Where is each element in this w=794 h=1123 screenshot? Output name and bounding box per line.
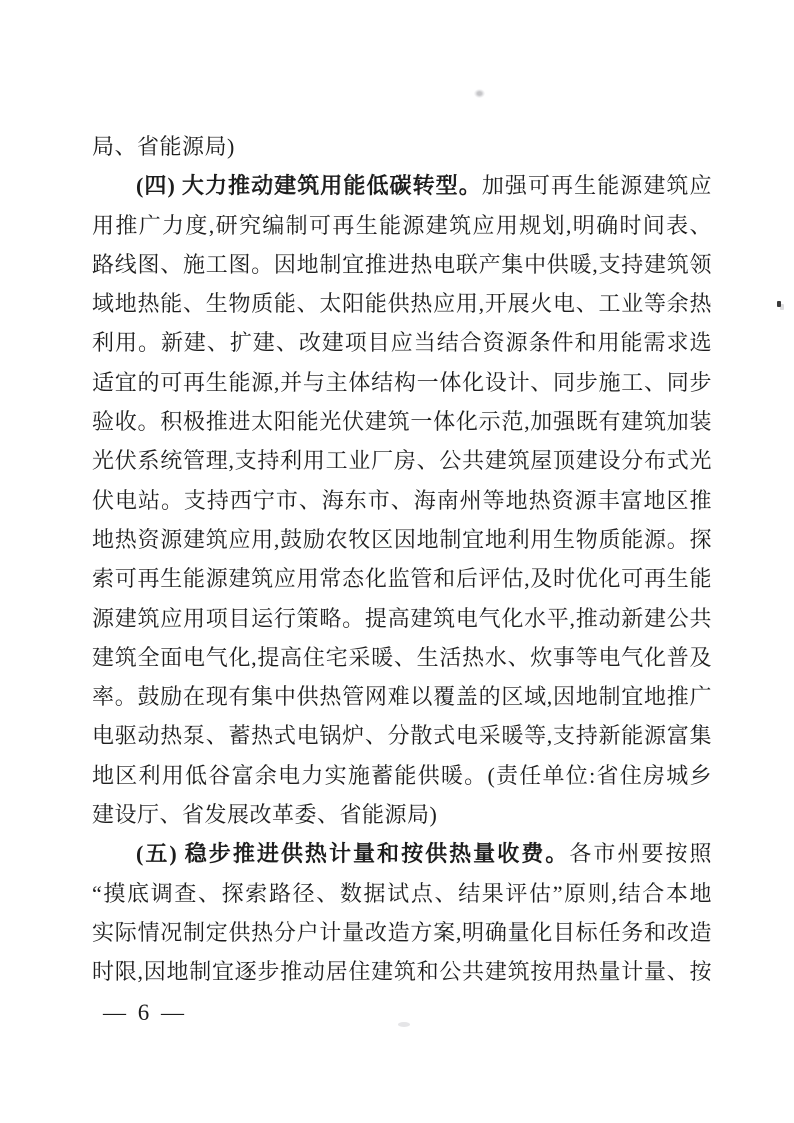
- text-run: 建设厅、省发展改革委、省能源局): [92, 802, 437, 827]
- text-run: 索可再生能源建筑应用常态化监管和后评估,及时优化可再生能: [92, 566, 712, 591]
- text-line: “摸底调查、探索路径、数据试点、结果评估”原则,结合本地: [92, 874, 712, 913]
- text-line: 源建筑应用项目运行策略。提高建筑电气化水平,推动新建公共: [92, 599, 712, 638]
- text-line: 光伏系统管理,支持利用工业厂房、公共建筑屋顶建设分布式光: [92, 441, 712, 480]
- text-run: 局、省能源局): [92, 134, 235, 159]
- text-line: 地热资源建筑应用,鼓励农牧区因地制宜地利用生物质能源。探: [92, 520, 712, 559]
- text-run: 建筑全面电气化,提高住宅采暖、生活热水、炊事等电气化普及: [92, 645, 712, 670]
- heading-run: (五) 稳步推进供热计量和按供热量收费。: [136, 841, 569, 866]
- text-line: 局、省能源局): [92, 127, 712, 166]
- text-run: “摸底调查、探索路径、数据试点、结果评估”原则,结合本地: [92, 881, 712, 906]
- text-line: 伏电站。支持西宁市、海东市、海南州等地热资源丰富地区推进: [92, 481, 712, 520]
- page-number: — 6 —: [103, 1000, 187, 1026]
- text-run: 实际情况制定供热分户计量改造方案,明确量化目标任务和改造: [92, 920, 712, 945]
- document-page: 局、省能源局)(四) 大力推动建筑用能低碳转型。加强可再生能源建筑应用推广力度,…: [0, 0, 794, 1123]
- text-line: 利用。新建、扩建、改建项目应当结合资源条件和用能需求选用: [92, 323, 712, 362]
- scan-artifact: [777, 301, 781, 307]
- text-line: 实际情况制定供热分户计量改造方案,明确量化目标任务和改造: [92, 913, 712, 952]
- document-body: 局、省能源局)(四) 大力推动建筑用能低碳转型。加强可再生能源建筑应用推广力度,…: [92, 127, 712, 992]
- text-line: 验收。积极推进太阳能光伏建筑一体化示范,加强既有建筑加装: [92, 402, 712, 441]
- text-line: (四) 大力推动建筑用能低碳转型。加强可再生能源建筑应: [92, 166, 712, 205]
- text-line: 时限,因地制宜逐步推动居住建筑和公共建筑按用热量计量、按: [92, 952, 712, 991]
- text-line: 域地热能、生物质能、太阳能供热应用,开展火电、工业等余热: [92, 284, 712, 323]
- text-line: 建设厅、省发展改革委、省能源局): [92, 795, 712, 834]
- text-run: 加强可再生能源建筑应: [482, 173, 712, 198]
- text-run: 时限,因地制宜逐步推动居住建筑和公共建筑按用热量计量、按: [92, 959, 712, 984]
- text-run: 用推广力度,研究编制可再生能源建筑应用规划,明确时间表、: [92, 213, 712, 238]
- text-run: 适宜的可再生能源,并与主体结构一体化设计、同步施工、同步: [92, 370, 712, 395]
- text-line: 地区利用低谷富余电力实施蓄能供暖。(责任单位:省住房城乡: [92, 756, 712, 795]
- text-run: 电驱动热泵、蓄热式电锅炉、分散式电采暖等,支持新能源富集: [92, 723, 712, 748]
- text-run: 伏电站。支持西宁市、海东市、海南州等地热资源丰富地区推进: [92, 488, 712, 520]
- heading-run: (四) 大力推动建筑用能低碳转型。: [136, 173, 482, 198]
- scan-artifact: [474, 89, 485, 98]
- text-line: (五) 稳步推进供热计量和按供热量收费。各市州要按照: [92, 834, 712, 873]
- text-run: 各市州要按照: [569, 841, 712, 866]
- text-line: 率。鼓励在现有集中供热管网难以覆盖的区域,因地制宜地推广: [92, 677, 712, 716]
- text-line: 建筑全面电气化,提高住宅采暖、生活热水、炊事等电气化普及: [92, 638, 712, 677]
- text-line: 路线图、施工图。因地制宜推进热电联产集中供暖,支持建筑领: [92, 245, 712, 284]
- text-run: 源建筑应用项目运行策略。提高建筑电气化水平,推动新建公共: [92, 606, 712, 631]
- text-run: 光伏系统管理,支持利用工业厂房、公共建筑屋顶建设分布式光: [92, 448, 712, 473]
- text-line: 用推广力度,研究编制可再生能源建筑应用规划,明确时间表、: [92, 206, 712, 245]
- text-run: 利用。新建、扩建、改建项目应当结合资源条件和用能需求选用: [92, 330, 712, 362]
- text-run: 路线图、施工图。因地制宜推进热电联产集中供暖,支持建筑领: [92, 252, 712, 277]
- text-line: 电驱动热泵、蓄热式电锅炉、分散式电采暖等,支持新能源富集: [92, 716, 712, 755]
- text-run: 地区利用低谷富余电力实施蓄能供暖。(责任单位:省住房城乡: [92, 763, 712, 788]
- text-line: 索可再生能源建筑应用常态化监管和后评估,及时优化可再生能: [92, 559, 712, 598]
- scan-artifact: [398, 1022, 410, 1027]
- text-run: 率。鼓励在现有集中供热管网难以覆盖的区域,因地制宜地推广: [92, 684, 712, 709]
- text-run: 域地热能、生物质能、太阳能供热应用,开展火电、工业等余热: [92, 291, 712, 316]
- text-line: 适宜的可再生能源,并与主体结构一体化设计、同步施工、同步: [92, 363, 712, 402]
- text-run: 验收。积极推进太阳能光伏建筑一体化示范,加强既有建筑加装: [92, 409, 712, 434]
- text-run: 地热资源建筑应用,鼓励农牧区因地制宜地利用生物质能源。探: [92, 527, 712, 552]
